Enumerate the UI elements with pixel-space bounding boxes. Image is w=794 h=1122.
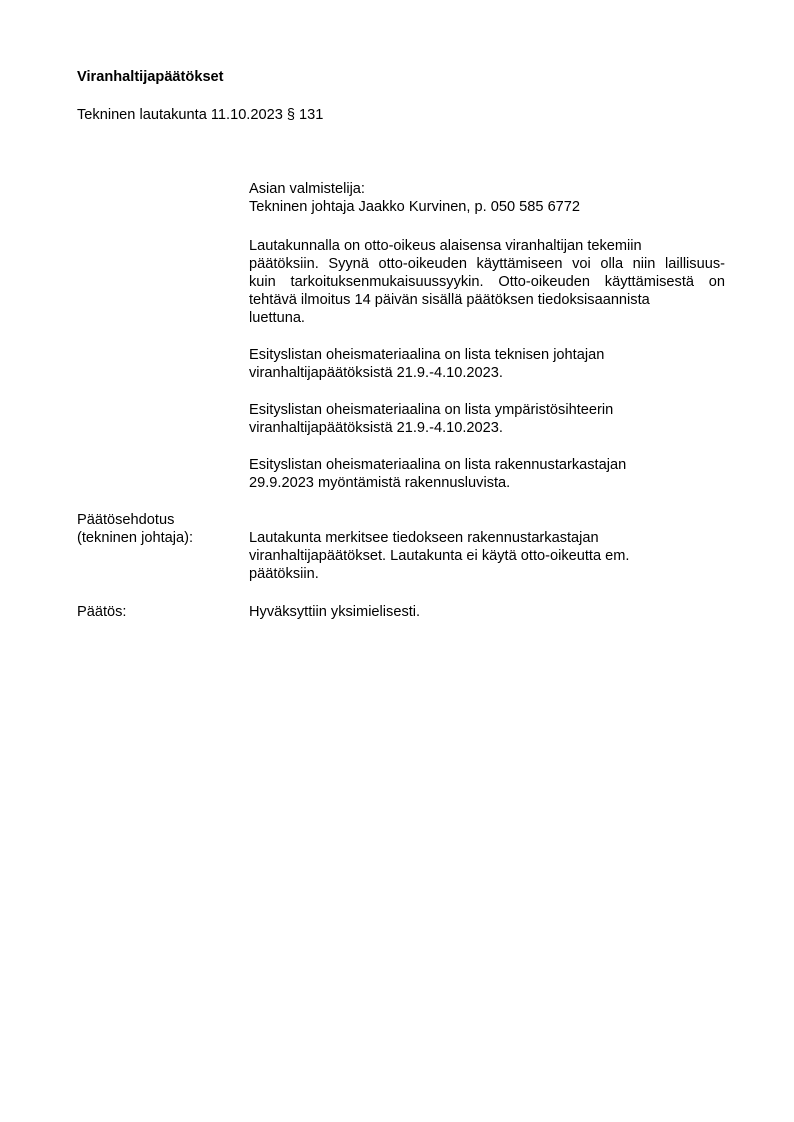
meeting-reference: Tekninen lautakunta 11.10.2023 § 131	[77, 106, 323, 124]
paragraph-line: 29.9.2023 myöntämistä rakennusluvista.	[249, 474, 729, 492]
decision-text: Hyväksyttiin yksimielisesti.	[249, 603, 729, 621]
paragraph-line: viranhaltijapäätökset. Lautakunta ei käy…	[249, 547, 729, 565]
proposal-label: Päätösehdotus (tekninen johtaja):	[77, 511, 193, 547]
paragraph-line: kuin tarkoituksenmukaisuussyykin. Otto-o…	[249, 273, 725, 291]
otto-oikeus-paragraph: Lautakunnalla on otto-oikeus alaisensa v…	[249, 237, 729, 327]
paragraph-line: päätöksiin.	[249, 565, 729, 583]
preparer-value: Tekninen johtaja Jaakko Kurvinen, p. 050…	[249, 198, 729, 216]
proposal-text: Lautakunta merkitsee tiedokseen rakennus…	[249, 529, 729, 583]
attachment-technical-director: Esityslistan oheismateriaalina on lista …	[249, 346, 729, 382]
paragraph-line: Esityslistan oheismateriaalina on lista …	[249, 456, 729, 474]
paragraph-line: päätöksiin. Syynä otto-oikeuden käyttämi…	[249, 255, 725, 273]
paragraph-line: Esityslistan oheismateriaalina on lista …	[249, 401, 729, 419]
proposal-label-line2: (tekninen johtaja):	[77, 529, 193, 547]
paragraph-line: luettuna.	[249, 309, 729, 327]
attachment-building-inspector: Esityslistan oheismateriaalina on lista …	[249, 456, 729, 492]
paragraph-line: Lautakunnalla on otto-oikeus alaisensa v…	[249, 237, 729, 255]
paragraph-line: tehtävä ilmoitus 14 päivän sisällä päätö…	[249, 291, 729, 309]
paragraph-line: Esityslistan oheismateriaalina on lista …	[249, 346, 729, 364]
decision-label: Päätös:	[77, 603, 127, 621]
proposal-label-line1: Päätösehdotus	[77, 511, 193, 529]
paragraph-line: Lautakunta merkitsee tiedokseen rakennus…	[249, 529, 729, 547]
attachment-environmental-secretary: Esityslistan oheismateriaalina on lista …	[249, 401, 729, 437]
paragraph-line: viranhaltijapäätöksistä 21.9.-4.10.2023.	[249, 419, 729, 437]
document-title: Viranhaltijapäätökset	[77, 68, 224, 86]
paragraph-line: viranhaltijapäätöksistä 21.9.-4.10.2023.	[249, 364, 729, 382]
preparer-label: Asian valmistelija:	[249, 180, 729, 198]
preparer-block: Asian valmistelija: Tekninen johtaja Jaa…	[249, 180, 729, 216]
